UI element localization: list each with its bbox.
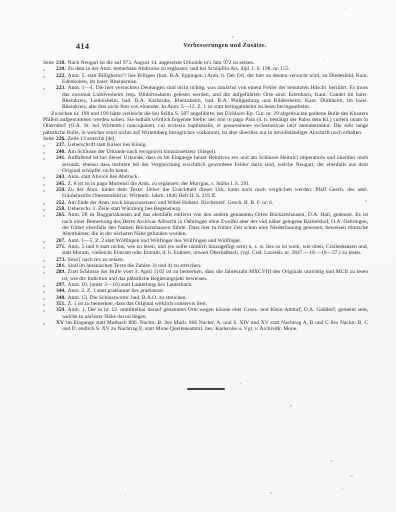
scan-speck — [310, 95, 311, 96]
entry-text: Ueberschrift statt Kaiser lies König. — [68, 142, 147, 148]
entry-359: „359.Anm. 1. Der in nr. 12. unmittelbar … — [43, 307, 368, 320]
entry-text: Zu dem in der Anm. bemerkten Abdrucke zu… — [68, 66, 290, 72]
page-header: 414 Verbesserungen und Zusätze. — [0, 42, 396, 54]
errata-list: Seite218.Nach Neugart ist die auf 973. A… — [43, 60, 368, 333]
entry-text: Anm. 1. Der in nr. 12. unmittelbar darau… — [62, 307, 368, 319]
entry-text: Am Schlusse der Urkunde nach recognovit … — [68, 149, 217, 155]
entry-marker: „ — [43, 320, 56, 326]
scan-speck — [125, 495, 126, 496]
entry-text: Anm. 28 ist Buggartshausen auf das ebenf… — [62, 212, 368, 237]
entry-text: Ueberschr. 1. Zeile statt Würzburg lies … — [68, 206, 182, 212]
entry-289: „289.Zum Schlusse der Bulle vom 3. April… — [43, 269, 368, 282]
entry-marker: „ — [43, 307, 56, 313]
scan-speck — [270, 492, 272, 494]
entry-250: „250.Zu der Anm. hinter dem Texte: Ueber… — [43, 187, 368, 200]
running-title: Verbesserungen und Zusätze. — [160, 43, 290, 49]
entry-number: 258. — [56, 206, 66, 212]
entry-number: 281. — [56, 263, 66, 269]
scan-speck — [90, 490, 91, 491]
entry-223: „223.Anm. 1—4. Die hier versuchten Deutu… — [43, 85, 368, 110]
entry-text: Zu der Anm. hinter dem Texte: Ueber die … — [62, 187, 368, 199]
entry-number: 223. — [56, 85, 66, 91]
entry-number: 297. — [56, 282, 66, 288]
scan-speck — [232, 36, 234, 38]
entry-text: Anm. 1—5. Z. 2 statt Wölfingen und Wölfi… — [68, 238, 242, 244]
entry-marker: „ — [43, 187, 56, 193]
entry-number: 237. — [56, 142, 66, 148]
insert-paragraph: Zwischen nr. 198 und 199 hätte vielleich… — [43, 111, 368, 136]
entry-marker: „ — [43, 85, 56, 91]
entry-marker: „ — [43, 269, 56, 275]
entry-number: 243. — [56, 174, 66, 180]
paragraph-text: Zwischen nr. 198 und 199 hätte vielleich… — [43, 111, 368, 136]
entry-number: 344. — [56, 288, 66, 294]
entry-marker: „ — [43, 212, 56, 218]
entry-number: 245. — [56, 181, 66, 187]
entry-number: 348. — [56, 295, 66, 301]
page-number: 414 — [76, 42, 90, 51]
entry-marker: „ — [43, 244, 56, 250]
scan-speck — [345, 8, 346, 9]
entry-number: XV — [56, 320, 64, 326]
entry-text: Am Ende der Anm. noch hinzuzusetzen: und… — [68, 200, 274, 206]
scanned-book-page: 414 Verbesserungen und Zusätze. Seite218… — [0, 0, 396, 512]
scan-speck — [350, 475, 353, 477]
entry-text: Sind [ nach rex zu setzen. — [68, 257, 125, 263]
entry-number: 241. — [56, 155, 66, 161]
scan-speck — [330, 460, 333, 462]
entry-265: „265.Anm. 28 ist Buggartshausen auf das … — [43, 212, 368, 237]
entry-text: Zum Schlusse der Bulle vom 3. April 1102… — [62, 269, 368, 281]
entry-marker: „ — [43, 73, 56, 79]
scan-speck — [342, 488, 343, 489]
entry-number: 252. — [56, 200, 66, 206]
entry-number: 250. — [56, 187, 66, 193]
scan-speck — [100, 262, 101, 263]
entry-number: 220. — [56, 66, 66, 72]
scan-speck — [365, 200, 367, 202]
entry-text: Anm. 13. Die Schlussworte: bad. B.A.O. z… — [68, 295, 187, 301]
scan-speck — [290, 405, 292, 407]
entry-271: „271.Anm. 5 und 6 statt nichts, wie zu l… — [43, 244, 368, 257]
entry-text: Anm. statt Abruck lies Abdruck. — [68, 174, 139, 180]
entry-241: „241.Auffallend ist bei dieser Urkunde, … — [43, 155, 368, 174]
entry-number: 240. — [56, 149, 66, 155]
entry-number: 267. — [56, 238, 66, 244]
entry-text: Anm. 1—4. Die hier versuchten Deutungen … — [62, 85, 368, 110]
scan-speck — [240, 383, 241, 384]
scan-speck — [323, 60, 324, 61]
entry-number: 222. — [56, 73, 66, 79]
section-end-rule — [187, 388, 225, 390]
entry-text: Sind im lateinischen Texte die Zahlen 3)… — [68, 263, 202, 269]
entry-text: Anm. 5. statt Billigheim?? lies Billigen… — [62, 73, 368, 85]
entry-number: 289. — [56, 269, 66, 275]
entry-text: Anm. 2. Z. 1 statt praelaurar lies prael… — [68, 288, 165, 294]
entry-text: Anm. 10. (unter 3—16) statt Lauterburg l… — [68, 282, 193, 288]
entry-number: 273. — [56, 257, 66, 263]
entry-number: 359. — [56, 307, 66, 313]
entry-text: Auffallend ist bei dieser Urkunde, dass … — [62, 155, 368, 174]
entry-number: 265. — [56, 212, 66, 218]
entry-marker: „ — [43, 155, 56, 161]
entry-text: im Eingange statt Murbach 866. Nachtr. B… — [62, 320, 368, 332]
entry-text: Z. 8 ist zu in pago Murrensi die Anm. zu… — [68, 181, 251, 187]
entry-222: „222.Anm. 5. statt Billigheim?? lies Bil… — [43, 73, 368, 86]
entry-text: Anm. 5 und 6 statt nichts, wie zu lesen,… — [62, 244, 368, 256]
entry-xv: „XVim Eingange statt Murbach 866. Nachtr… — [43, 320, 368, 333]
